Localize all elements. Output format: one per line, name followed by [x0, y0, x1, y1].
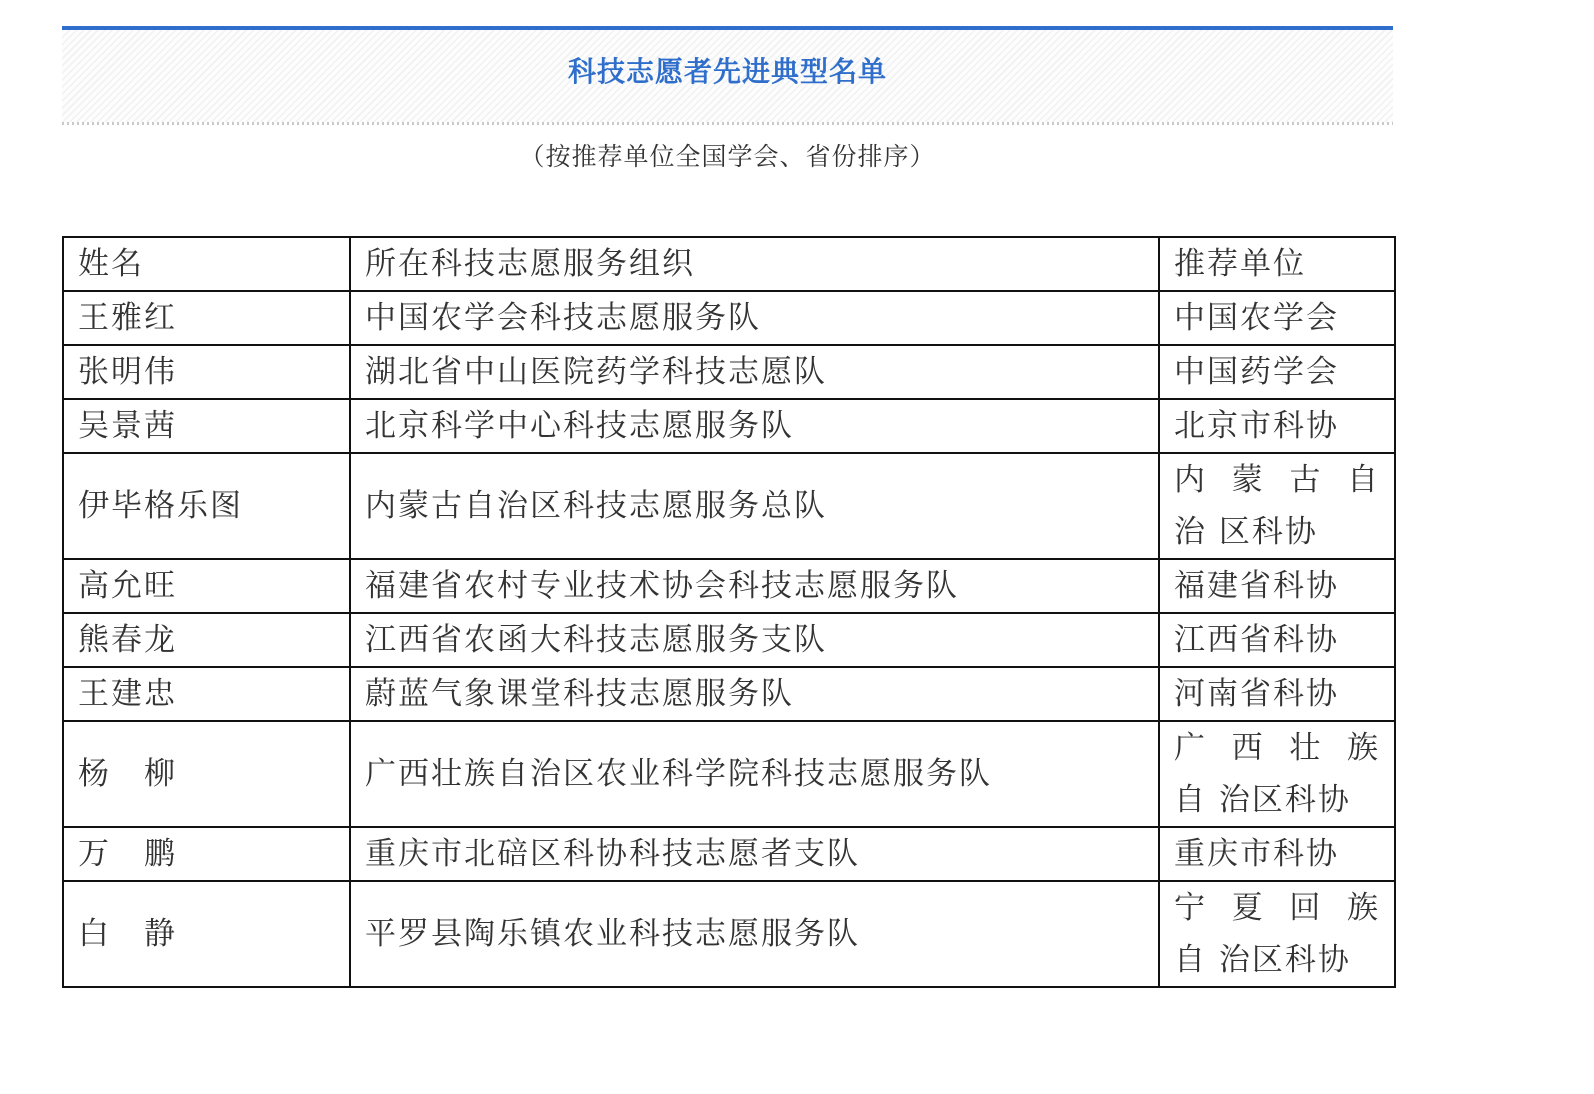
cell-recommender: 福建省科协: [1159, 559, 1395, 613]
table-row: 伊毕格乐图 内蒙古自治区科技志愿服务总队 内 蒙 古 自 治 区科协: [63, 453, 1395, 559]
cell-recommender: 重庆市科协: [1159, 827, 1395, 881]
header-recommender: 推荐单位: [1159, 237, 1395, 291]
cell-recommender: 广 西 壮 族 自 治区科协: [1159, 721, 1395, 827]
cell-recommender: 北京市科协: [1159, 399, 1395, 453]
cell-name: 万 鹏: [63, 827, 350, 881]
page-title: 科技志愿者先进典型名单: [62, 54, 1393, 90]
table-row: 吴景茜 北京科学中心科技志愿服务队 北京市科协: [63, 399, 1395, 453]
table-row: 白 静 平罗县陶乐镇农业科技志愿服务队 宁 夏 回 族 自 治区科协: [63, 881, 1395, 987]
header-organization: 所在科技志愿服务组织: [350, 237, 1159, 291]
cell-organization: 中国农学会科技志愿服务队: [350, 291, 1159, 345]
table-row: 熊春龙 江西省农函大科技志愿服务支队 江西省科协: [63, 613, 1395, 667]
cell-recommender: 中国农学会: [1159, 291, 1395, 345]
table-row: 高允旺 福建省农村专业技术协会科技志愿服务队 福建省科协: [63, 559, 1395, 613]
cell-name: 高允旺: [63, 559, 350, 613]
cell-organization: 江西省农函大科技志愿服务支队: [350, 613, 1159, 667]
cell-name: 吴景茜: [63, 399, 350, 453]
cell-name: 白 静: [63, 881, 350, 987]
cell-recommender: 中国药学会: [1159, 345, 1395, 399]
cell-name: 王建忠: [63, 667, 350, 721]
cell-organization: 福建省农村专业技术协会科技志愿服务队: [350, 559, 1159, 613]
sort-note: （按推荐单位全国学会、省份排序）: [62, 139, 1393, 175]
table-row: 王建忠 蔚蓝气象课堂科技志愿服务队 河南省科协: [63, 667, 1395, 721]
table-header-row: 姓名 所在科技志愿服务组织 推荐单位: [63, 237, 1395, 291]
header-name: 姓名: [63, 237, 350, 291]
table-row: 张明伟 湖北省中山医院药学科技志愿队 中国药学会: [63, 345, 1395, 399]
cell-recommender: 江西省科协: [1159, 613, 1395, 667]
cell-name: 伊毕格乐图: [63, 453, 350, 559]
section-banner: 科技志愿者先进典型名单: [62, 26, 1393, 122]
cell-organization: 重庆市北碚区科协科技志愿者支队: [350, 827, 1159, 881]
cell-name: 熊春龙: [63, 613, 350, 667]
cell-recommender: 河南省科协: [1159, 667, 1395, 721]
cell-organization: 广西壮族自治区农业科学院科技志愿服务队: [350, 721, 1159, 827]
cell-organization: 湖北省中山医院药学科技志愿队: [350, 345, 1159, 399]
cell-name: 杨 柳: [63, 721, 350, 827]
cell-recommender: 宁 夏 回 族 自 治区科协: [1159, 881, 1395, 987]
table-row: 万 鹏 重庆市北碚区科协科技志愿者支队 重庆市科协: [63, 827, 1395, 881]
cell-recommender: 内 蒙 古 自 治 区科协: [1159, 453, 1395, 559]
cell-name: 张明伟: [63, 345, 350, 399]
cell-organization: 内蒙古自治区科技志愿服务总队: [350, 453, 1159, 559]
cell-organization: 北京科学中心科技志愿服务队: [350, 399, 1159, 453]
honoree-table: 姓名 所在科技志愿服务组织 推荐单位 王雅红 中国农学会科技志愿服务队 中国农学…: [62, 236, 1396, 988]
cell-organization: 蔚蓝气象课堂科技志愿服务队: [350, 667, 1159, 721]
cell-organization: 平罗县陶乐镇农业科技志愿服务队: [350, 881, 1159, 987]
table-row: 杨 柳 广西壮族自治区农业科学院科技志愿服务队 广 西 壮 族 自 治区科协: [63, 721, 1395, 827]
table-row: 王雅红 中国农学会科技志愿服务队 中国农学会: [63, 291, 1395, 345]
cell-name: 王雅红: [63, 291, 350, 345]
